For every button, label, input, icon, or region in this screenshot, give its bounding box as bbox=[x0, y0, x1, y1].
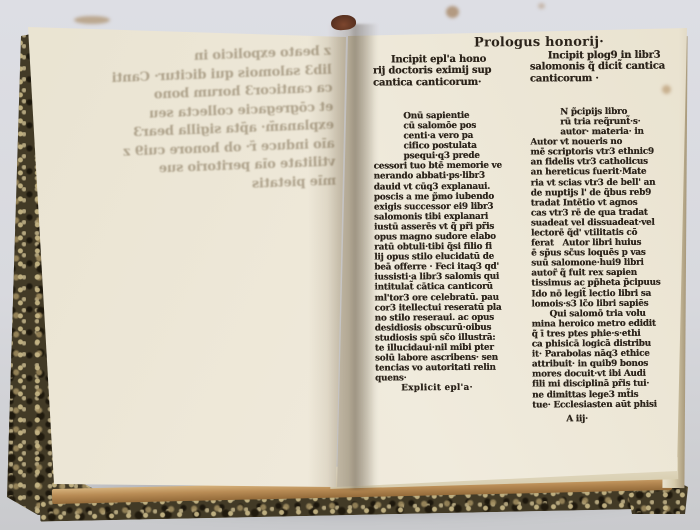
foxing-spot bbox=[538, 3, 545, 9]
text-column-right: Incipit plog9 in libr3salomonis q̃ dicit… bbox=[530, 49, 687, 424]
text-line: A iij· bbox=[532, 413, 686, 424]
text-line: salomonis q̃ dicit̃ cantica bbox=[530, 61, 684, 73]
antique-book-photo: z beato expolicio inlib3 salomois qui di… bbox=[0, 0, 700, 530]
spine-headband-nub bbox=[330, 14, 356, 31]
foxing-spot bbox=[662, 85, 671, 94]
text-line bbox=[373, 87, 529, 111]
foxing-spot bbox=[446, 6, 459, 18]
foxing-spot bbox=[74, 16, 110, 24]
page-header-title: Prologus honorij· bbox=[434, 34, 644, 50]
showthrough-text-block: z beato expolicio inlib3 salomois qui di… bbox=[51, 43, 337, 214]
text-line: tue· Ecclesiasten aūt phisi bbox=[532, 399, 686, 410]
text-line: Explicit epl'a· bbox=[375, 383, 531, 394]
text-column-left: Incipit epl'a honorij doctoris eximij su… bbox=[373, 53, 531, 394]
text-line bbox=[530, 83, 684, 107]
